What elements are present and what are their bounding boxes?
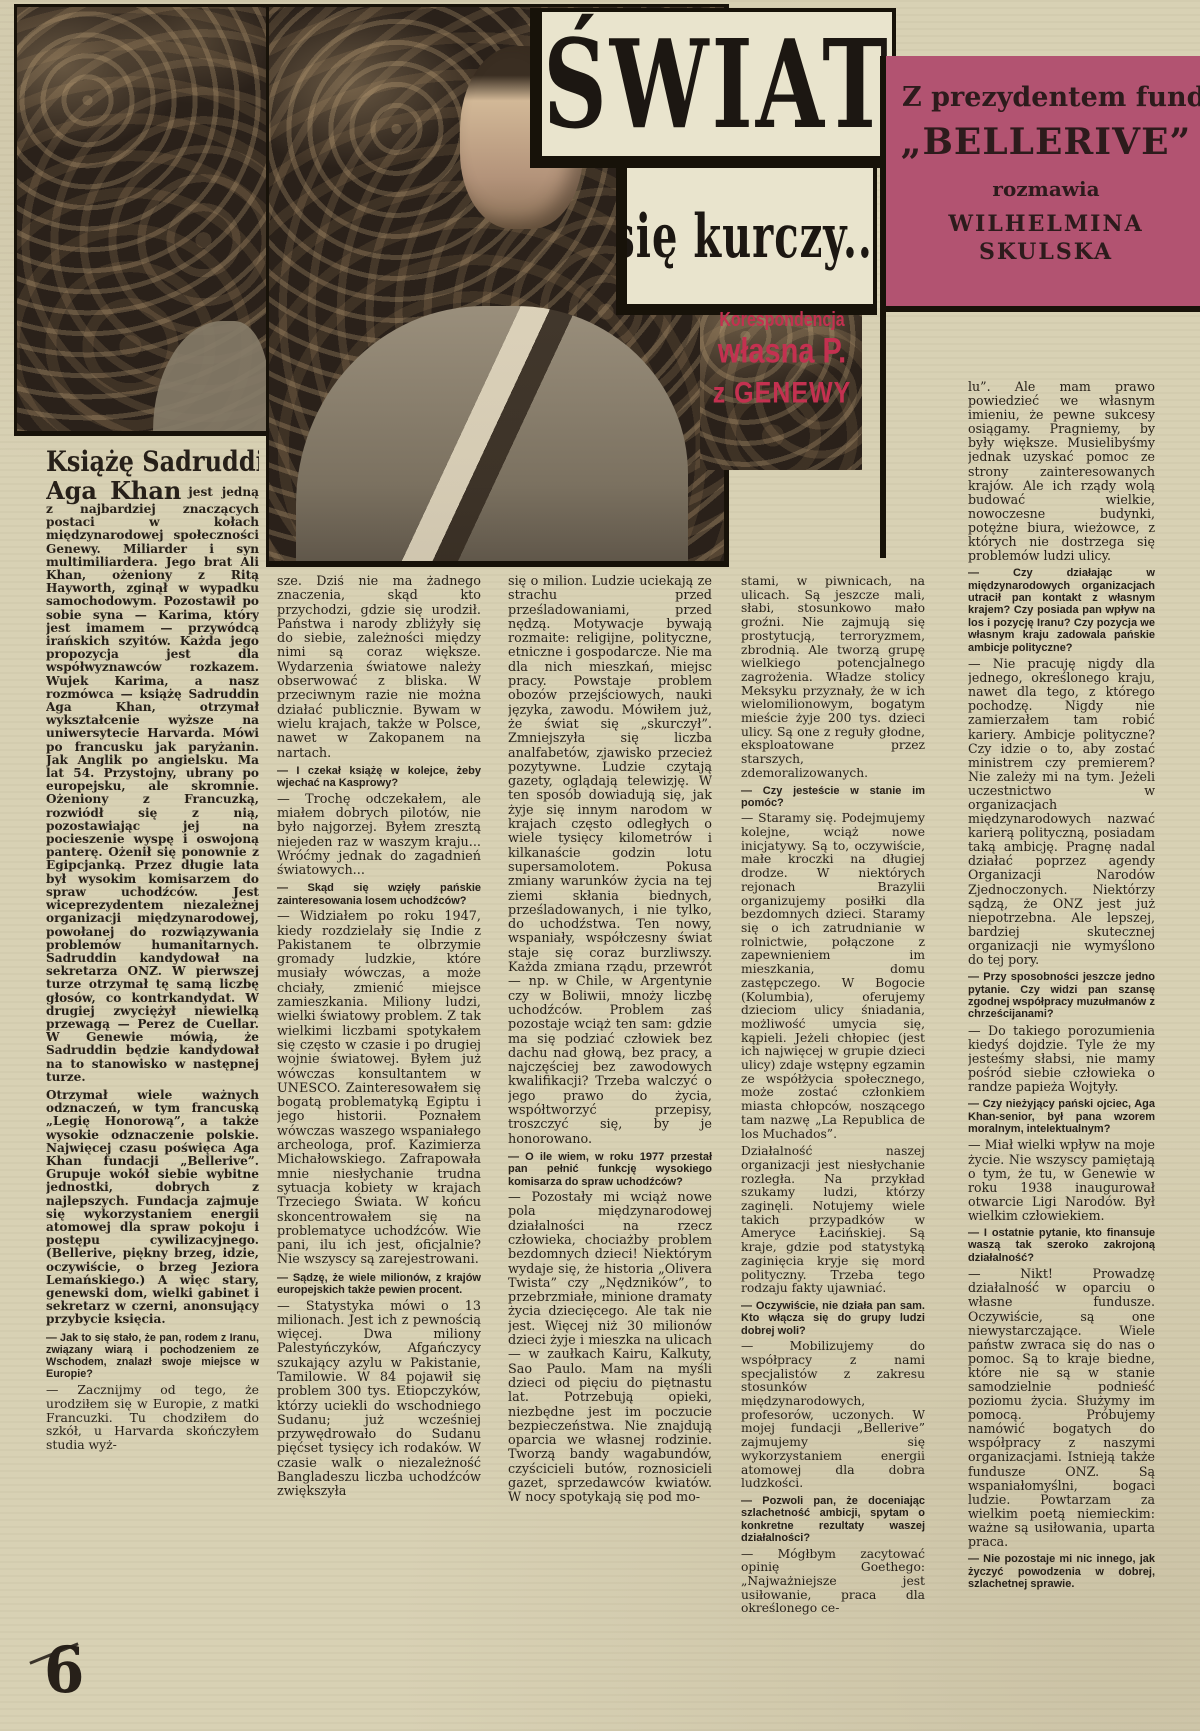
credit-line-1: Z prezydentem fundacji bbox=[886, 56, 1200, 113]
article-paragraph: — Statystyka mówi o 13 milionach. Jest i… bbox=[277, 1300, 481, 1500]
article-paragraph: — Do takiego porozumienia kiedyś dojdzie… bbox=[968, 1024, 1155, 1094]
interview-question: — Przy sposobności jeszcze jedno pytanie… bbox=[968, 971, 1155, 1021]
article-column-5: lu”. Ale mam prawo powiedzieć we własnym… bbox=[968, 380, 1155, 1725]
article-column-2: sze. Dziś nie ma żadnego znaczenia, skąd… bbox=[277, 575, 481, 1727]
article-paragraph: stami, w piwnicach, na ulicach. Są jeszc… bbox=[741, 575, 925, 781]
page-number: 6 bbox=[44, 1633, 84, 1708]
interview-question: — O ile wiem, w roku 1977 przestał pan p… bbox=[508, 1151, 712, 1188]
interview-question: — Sądzę, że wiele milionów, z krajów eur… bbox=[277, 1272, 481, 1297]
interview-question: — Czy działając w międzynarodowych organ… bbox=[968, 567, 1155, 654]
article-paragraph: sze. Dziś nie ma żadnego znaczenia, skąd… bbox=[277, 575, 481, 761]
intro-lead-paragraph-2: Otrzymał wiele ważnych odznaczeń, w tym … bbox=[46, 1089, 259, 1327]
article-paragraph: — Nikt! Prowadzę działalność w oparciu o… bbox=[968, 1267, 1155, 1549]
sub-headline: się kurczy... bbox=[616, 201, 877, 272]
subject-name-line-1: Książę Sadruddin bbox=[46, 444, 259, 478]
intro-lead-paragraph: Aga Khanjest jedną z najbardziej znacząc… bbox=[46, 479, 259, 1084]
article-paragraph: lu”. Ale mam prawo powiedzieć we własnym… bbox=[968, 380, 1155, 563]
article-paragraph: się o milion. Ludzie uciekają ze strachu… bbox=[508, 575, 712, 1147]
intro-lead-text: jest jedną z najbardziej znaczących post… bbox=[46, 485, 259, 1084]
vertical-rule bbox=[880, 312, 886, 558]
interview-question: — Skąd się wzięły pańskie zainteresowani… bbox=[277, 882, 481, 907]
main-headline-box: ŚWIAT bbox=[530, 8, 896, 168]
article-column-3: się o milion. Ludzie uciekają ze strachu… bbox=[508, 575, 712, 1727]
interview-question: — Nie pozostaje mi nic innego, jak życzy… bbox=[968, 1553, 1155, 1590]
credit-interviewer-last: SKULSKA bbox=[886, 239, 1200, 265]
article-paragraph: — Trochę odczekałem, ale miałem dobrych … bbox=[277, 793, 481, 879]
article-paragraph: — Pozostały mi wciąż nowe pola międzynar… bbox=[508, 1191, 712, 1506]
interview-credit-box: Z prezydentem fundacji „BELLERIVE” rozma… bbox=[880, 56, 1200, 312]
article-paragraph: — Mobilizujemy do współpracy z nami spec… bbox=[741, 1340, 925, 1491]
interview-question: — Czy nieżyjący pański ojciec, Aga Khan-… bbox=[968, 1098, 1155, 1135]
correspondence-badge: Korespondencja własna P. z GENEWY bbox=[706, 312, 858, 408]
badge-line-3: z GENEWY bbox=[706, 376, 858, 411]
badge-line-1: Korespondencja bbox=[706, 310, 858, 333]
interview-question: — I ostatnie pytanie, kto finansuje wasz… bbox=[968, 1227, 1155, 1264]
main-headline: ŚWIAT bbox=[543, 12, 891, 156]
credit-line-3: rozmawia bbox=[886, 177, 1200, 201]
interview-question: — Pozwoli pan, że doceniając szlachetnoś… bbox=[741, 1495, 925, 1545]
newspaper-page: { "colors": {"paper":"#d8d1b4","ink":"#2… bbox=[0, 0, 1200, 1731]
interview-question: — Jak to się stało, że pan, rodem z Iran… bbox=[46, 1332, 259, 1381]
sub-headline-box: się kurczy... bbox=[616, 164, 877, 315]
credit-foundation-name: „BELLERIVE” bbox=[886, 121, 1200, 163]
article-column-4: stami, w piwnicach, na ulicach. Są jeszc… bbox=[741, 575, 925, 1727]
article-paragraph: — Widziałem po roku 1947, kiedy rozdziel… bbox=[277, 910, 481, 1267]
article-paragraph: — Miał wielki wpływ na moje życie. Nie w… bbox=[968, 1138, 1155, 1223]
credit-interviewer-first: WILHELMINA bbox=[886, 211, 1200, 237]
article-paragraph: — Staramy się. Podejmujemy kolejne, wcią… bbox=[741, 812, 925, 1141]
portrait-photo-left bbox=[14, 4, 269, 436]
interview-question: — Czy jesteście w stanie im pomóc? bbox=[741, 785, 925, 810]
article-paragraph: Działalność naszej organizacji jest nies… bbox=[741, 1145, 925, 1296]
interview-question: — I czekał książę w kolejce, żeby wjecha… bbox=[277, 765, 481, 790]
portrait-shoulder bbox=[153, 321, 269, 431]
interview-question: — Oczywiście, nie działa pan sam. Kto wł… bbox=[741, 1300, 925, 1337]
article-paragraph: — Mógłbym zacytować opinię Goethego: „Na… bbox=[741, 1548, 925, 1617]
subject-name-line-2: Aga Khan bbox=[46, 476, 181, 505]
article-paragraph: — Nie pracuję nigdy dla jednego, określo… bbox=[968, 657, 1155, 967]
badge-line-2: własna P. bbox=[706, 333, 858, 373]
intro-column: Książę Sadruddin Aga Khanjest jedną z na… bbox=[46, 444, 259, 1640]
portrait-suit bbox=[296, 306, 687, 561]
article-paragraph: — Zacznijmy od tego, że urodziłem się w … bbox=[46, 1383, 259, 1451]
